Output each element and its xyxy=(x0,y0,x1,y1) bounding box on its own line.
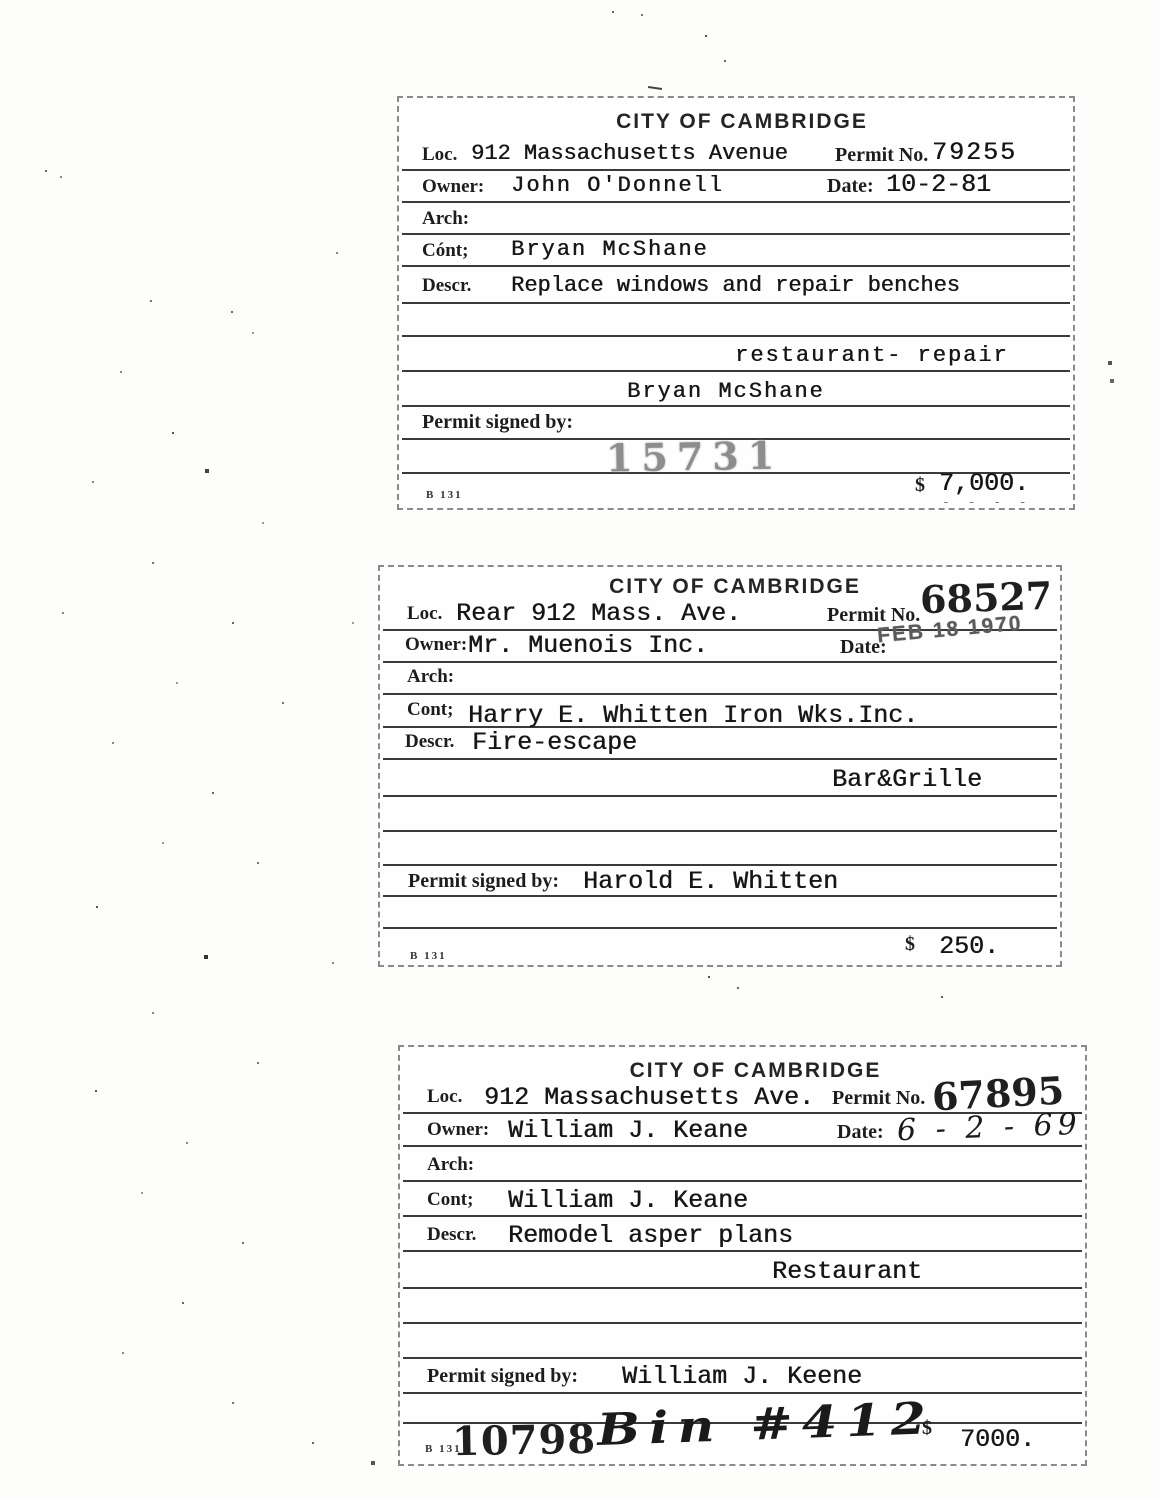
scan-noise xyxy=(0,0,2,2)
form-code: B 131 xyxy=(410,950,447,962)
use-type-value: Bar&Grille xyxy=(832,765,982,794)
dollar-sign: $ xyxy=(915,474,925,497)
signed-label: Permit signed by: xyxy=(427,1365,578,1388)
rule-line xyxy=(403,1322,1082,1324)
rule-line xyxy=(383,927,1057,929)
rule-line xyxy=(402,370,1070,372)
permit-number-stamp: 15731 xyxy=(606,436,784,477)
dollar-sign: $ xyxy=(922,1417,932,1440)
rule-line xyxy=(403,1392,1082,1394)
cont-label: Cont; xyxy=(427,1189,473,1211)
signed-name-value: Bryan McShane xyxy=(627,379,825,404)
owner-label: Owner: xyxy=(427,1119,489,1141)
arch-label: Arch: xyxy=(407,666,454,688)
amount-value: 7,000. xyxy=(939,469,1029,498)
rule-line xyxy=(383,830,1057,832)
loc-value: 912 Massachusetts Avenue xyxy=(471,141,788,166)
arch-label: Arch: xyxy=(427,1154,474,1176)
descr-label: Descr. xyxy=(422,275,471,297)
signed-name-value: William J. Keene xyxy=(622,1362,862,1391)
dollar-sign: $ xyxy=(905,933,915,956)
owner-label: Owner: xyxy=(422,176,484,198)
rule-line xyxy=(402,201,1070,203)
rule-line xyxy=(403,1250,1082,1252)
cont-value: Harry E. Whitten Iron Wks.Inc. xyxy=(468,701,918,730)
scan-dash-mark xyxy=(648,86,662,90)
amount-underline-dashes: - - - - xyxy=(942,495,1032,510)
permit-no-stamp: 68527 xyxy=(919,577,1052,620)
loc-label: Loc. xyxy=(422,144,457,166)
rule-line xyxy=(403,1287,1082,1289)
loc-label: Loc. xyxy=(427,1086,462,1108)
loc-value: Rear 912 Mass. Ave. xyxy=(456,599,741,628)
use-type-value: restaurant- repair xyxy=(735,343,1009,368)
loc-value: 912 Massachusetts Ave. xyxy=(484,1083,814,1112)
form-code: B 131 xyxy=(426,489,463,501)
signed-name-value: Harold E. Whitten xyxy=(583,867,838,896)
permit-card-3: CITY OF CAMBRIDGE Loc. 912 Massachusetts… xyxy=(398,1045,1087,1466)
permit-card-2: CITY OF CAMBRIDGE Loc. Rear 912 Mass. Av… xyxy=(378,565,1062,967)
descr-value: Remodel asper plans xyxy=(508,1221,793,1250)
handwritten-note: Bin #412 xyxy=(596,1397,935,1453)
rule-line xyxy=(402,335,1070,337)
rule-line xyxy=(383,693,1057,695)
rule-line xyxy=(403,1357,1082,1359)
scanned-permit-page: { "colors": { "paper": "#fdfdfc", "ink":… xyxy=(0,0,1159,1500)
owner-label: Owner: xyxy=(405,634,467,656)
rule-line xyxy=(402,302,1070,304)
rule-line xyxy=(403,1180,1082,1182)
rule-line xyxy=(403,1215,1082,1217)
owner-value: John O'Donnell xyxy=(511,173,724,198)
cont-label: Cont; xyxy=(407,699,453,721)
rule-line xyxy=(383,864,1057,866)
permit-no-label: Permit No. xyxy=(832,1087,925,1110)
descr-label: Descr. xyxy=(405,731,454,753)
date-value: 10-2-81 xyxy=(886,170,991,199)
arch-label: Arch: xyxy=(422,208,469,230)
rule-line xyxy=(383,795,1057,797)
rule-line xyxy=(383,758,1057,760)
rule-line xyxy=(402,405,1070,407)
permit-no-value: 79255 xyxy=(932,138,1017,167)
descr-label: Descr. xyxy=(427,1224,476,1246)
permit-no-label: Permit No. xyxy=(835,144,928,167)
use-type-value: Restaurant xyxy=(772,1257,922,1286)
owner-value: William J. Keane xyxy=(508,1116,748,1145)
amount-value: 250. xyxy=(939,932,999,961)
cont-value: Bryan McShane xyxy=(511,237,709,262)
rule-line xyxy=(383,661,1057,663)
cont-value: William J. Keane xyxy=(508,1186,748,1215)
descr-value: Fire-escape xyxy=(472,728,637,757)
owner-value: Mr. Muenois Inc. xyxy=(468,631,708,660)
date-handwritten: 6 - 2 - 69 xyxy=(897,1110,1083,1146)
descr-value: Replace windows and repair benches xyxy=(511,273,960,298)
bottom-number-stamp: 10798 xyxy=(452,1420,597,1463)
loc-label: Loc. xyxy=(407,603,442,625)
permit-card-1: CITY OF CAMBRIDGE Loc. 912 Massachusetts… xyxy=(397,96,1075,510)
signed-label: Permit signed by: xyxy=(408,870,559,893)
amount-value: 7000. xyxy=(960,1425,1035,1454)
card-title: CITY OF CAMBRIDGE xyxy=(399,110,1073,134)
cont-label: Cónt; xyxy=(422,240,468,262)
date-label: Date: xyxy=(837,1121,884,1144)
rule-line xyxy=(402,265,1070,267)
rule-line xyxy=(402,233,1070,235)
date-label: Date: xyxy=(827,175,874,198)
signed-label: Permit signed by: xyxy=(422,411,573,434)
